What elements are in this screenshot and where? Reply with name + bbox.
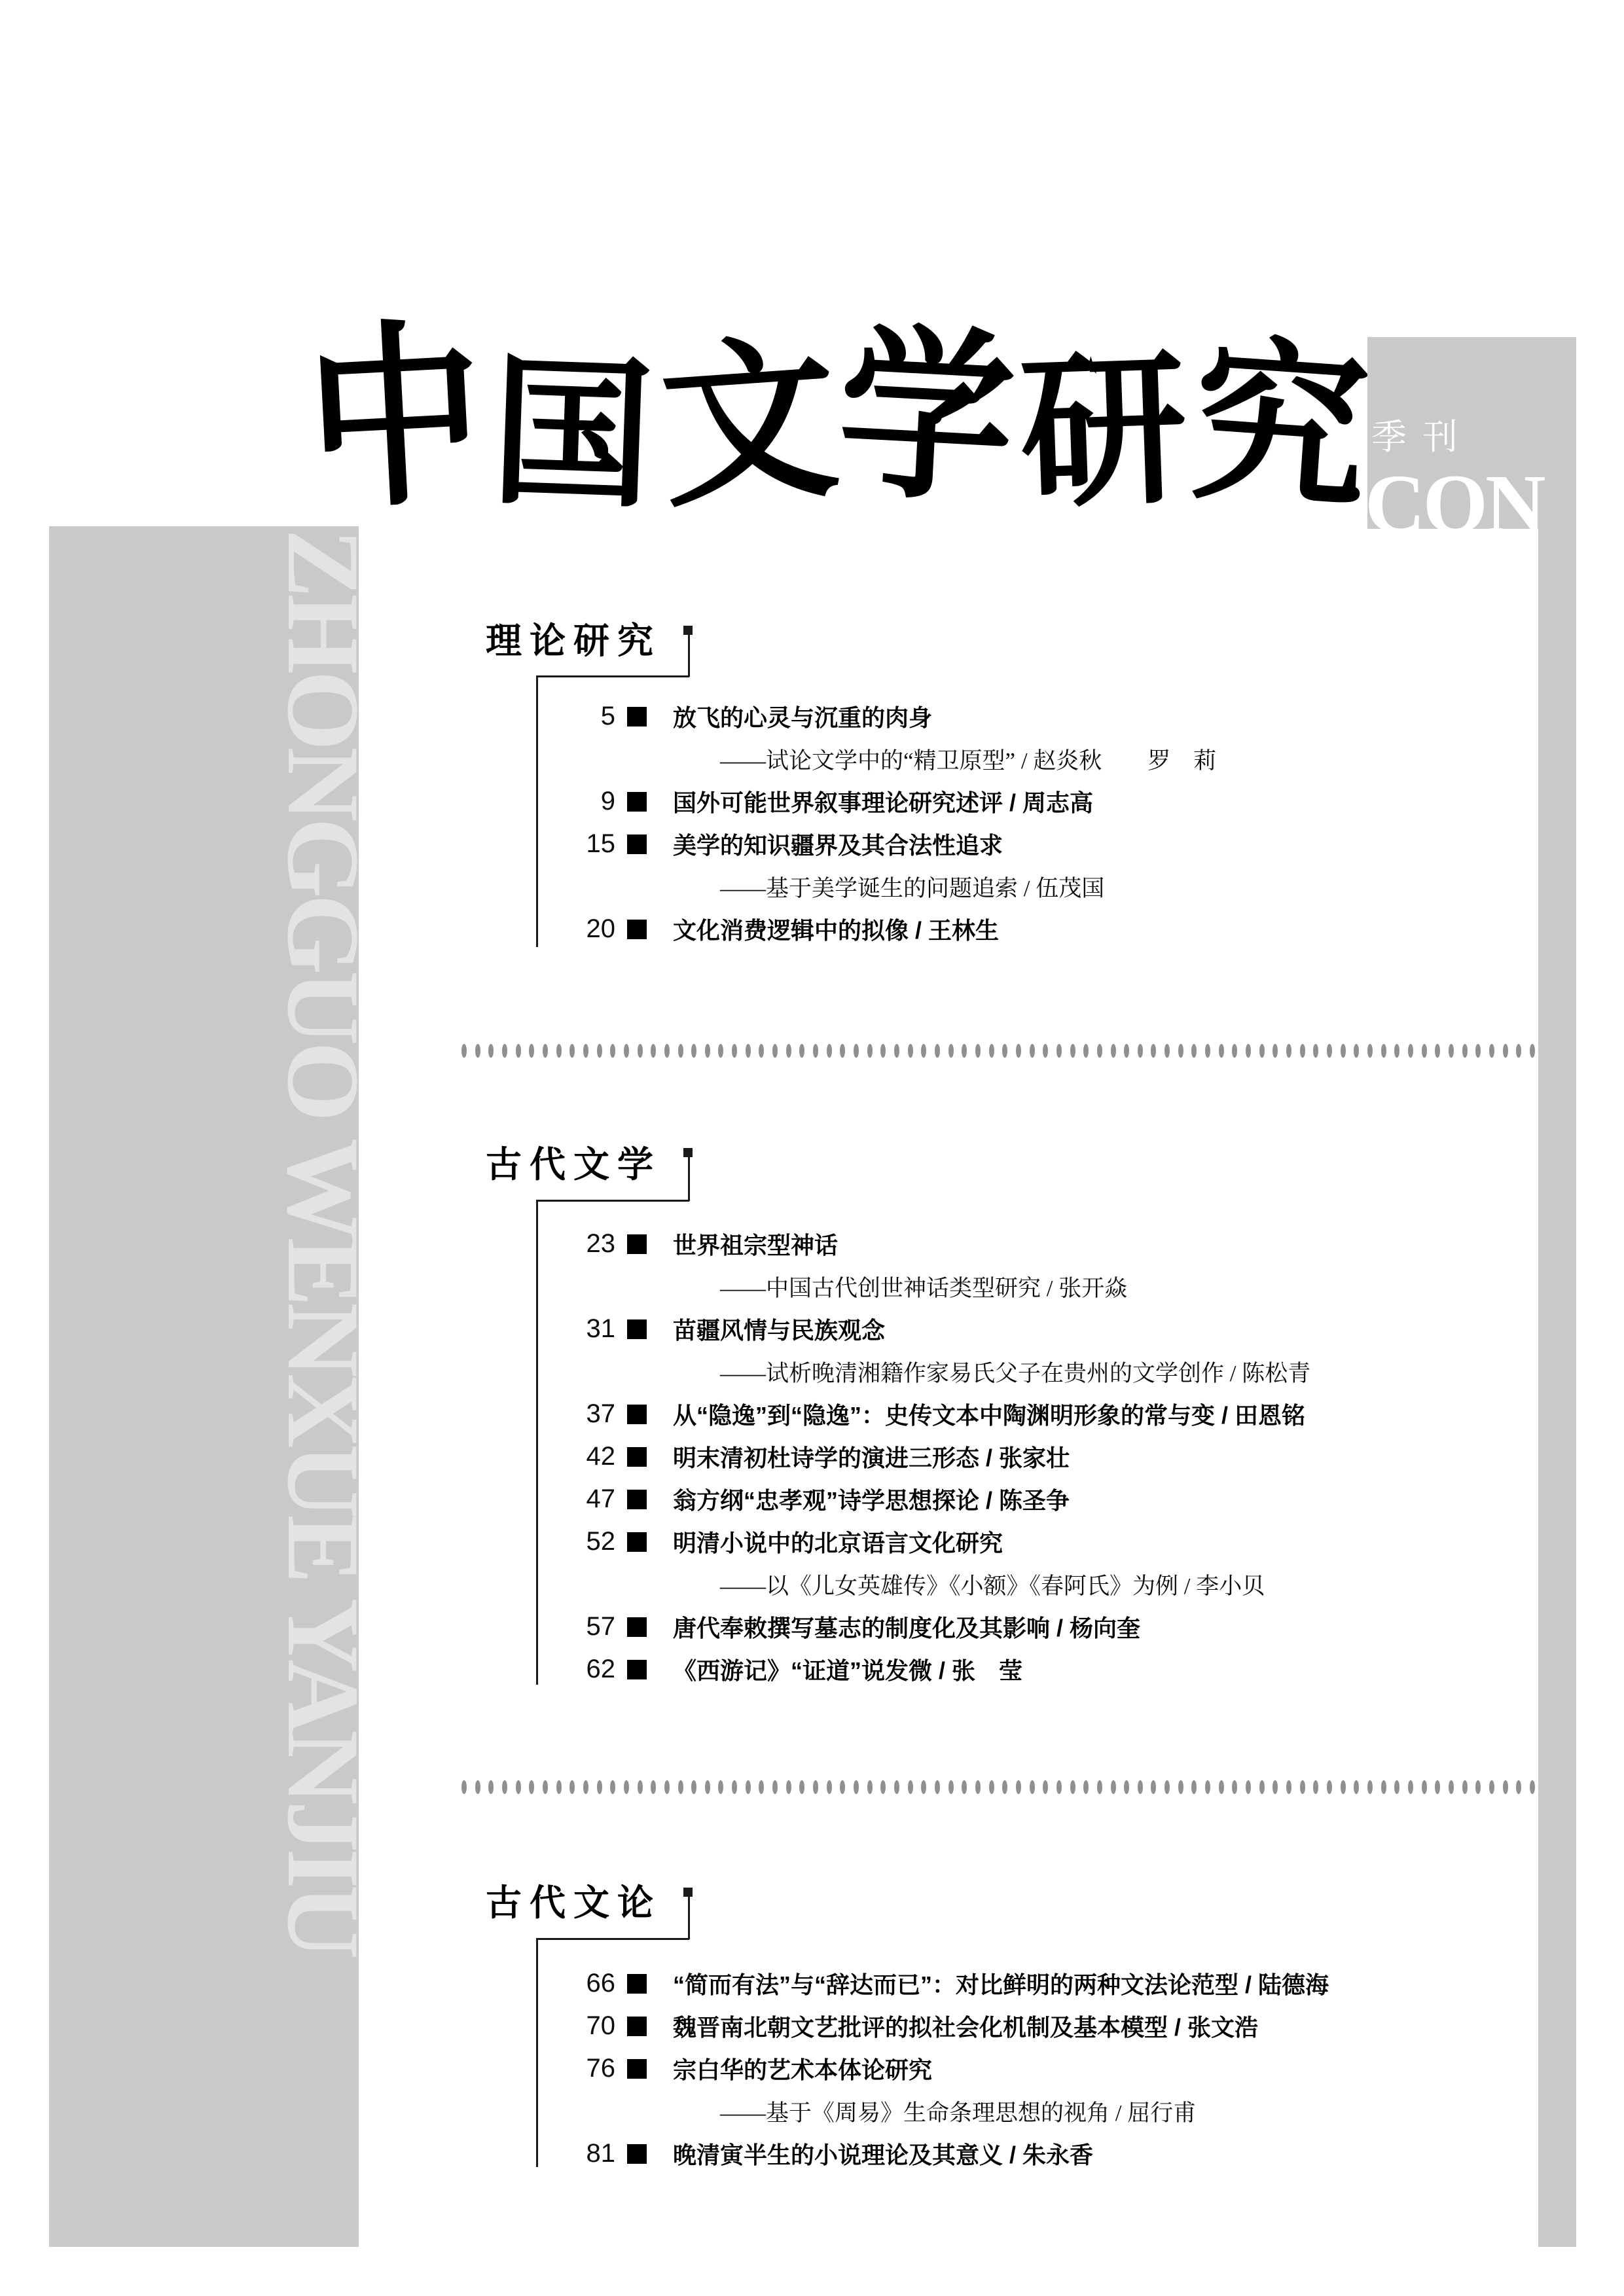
- entry-page-number: 37: [563, 1399, 615, 1429]
- separator-dot: [597, 1044, 602, 1058]
- separator-dot: [664, 1044, 670, 1058]
- right-edge-strip: [1538, 529, 1576, 2247]
- toc-entry-subtitle: ——试论文学中的“精卫原型” / 赵炎秋 罗 莉: [563, 738, 1479, 780]
- entry-square-marker: [627, 792, 647, 812]
- separator-dot: [813, 1780, 818, 1794]
- toc-entry: 62《西游记》“证道”说发微 / 张 莹: [563, 1648, 1479, 1691]
- separator-dot: [1205, 1044, 1210, 1058]
- separator-dot: [1178, 1044, 1183, 1058]
- separator-dot: [1503, 1780, 1508, 1794]
- separator-dot: [691, 1044, 696, 1058]
- title-char: 中: [302, 317, 488, 523]
- entry-title: 苗疆风情与民族观念: [673, 1312, 885, 1346]
- separator-dot: [1030, 1044, 1035, 1058]
- separator-dot: [1394, 1780, 1399, 1794]
- toc-entry: 20文化消费逻辑中的拟像 / 王林生: [563, 908, 1479, 950]
- separator-dot: [583, 1780, 588, 1794]
- separator-dot: [1070, 1780, 1075, 1794]
- separator-dot: [1286, 1044, 1291, 1058]
- entry-square-marker: [627, 834, 647, 854]
- separator-dot: [1489, 1044, 1494, 1058]
- separator-dot: [799, 1780, 804, 1794]
- section-header: 理论研究: [486, 623, 661, 659]
- separator-dot: [1313, 1780, 1318, 1794]
- quarterly-label: 季刊: [1371, 420, 1473, 455]
- separator-dot: [610, 1780, 615, 1794]
- separator-dot: [732, 1044, 737, 1058]
- entry-subtitle-text: ——中国古代创世神话类型研究 / 张开焱: [720, 1270, 1127, 1303]
- separator-dot: [529, 1044, 534, 1058]
- separator-dot: [1286, 1780, 1291, 1794]
- bracket-vertical-line: [536, 675, 538, 947]
- toc-entry-subtitle: ——基于美学诞生的问题追索 / 伍茂国: [563, 865, 1479, 908]
- separator-dot: [1016, 1780, 1021, 1794]
- separator-dot: [854, 1780, 859, 1794]
- separator-dot: [1341, 1044, 1346, 1058]
- bracket-horizontal-line: [537, 1938, 689, 1940]
- separator-dot: [556, 1780, 562, 1794]
- separator-dot: [975, 1780, 981, 1794]
- separator-dot: [624, 1044, 629, 1058]
- separator-dot: [1043, 1044, 1048, 1058]
- separator-dot: [1246, 1044, 1251, 1058]
- separator-dot: [1030, 1780, 1035, 1794]
- toc-entry: 23世界祖宗型神话: [563, 1223, 1479, 1265]
- separator-dot: [1394, 1044, 1399, 1058]
- entry-page-number: 52: [563, 1527, 615, 1556]
- toc-entry: 37从“隐逸”到“隐逸”：史传文本中陶渊明形象的常与变 / 田恩铭: [563, 1393, 1479, 1435]
- toc-entry: 70魏晋南北朝文艺批评的拟社会化机制及基本模型 / 张文浩: [563, 2005, 1479, 2047]
- separator-dot: [691, 1780, 696, 1794]
- entry-page-number: 42: [563, 1442, 615, 1471]
- separator-dot: [1070, 1044, 1075, 1058]
- separator-dot: [746, 1780, 751, 1794]
- separator-dot: [1232, 1780, 1237, 1794]
- separator-dot: [1259, 1780, 1265, 1794]
- entry-square-marker: [627, 920, 647, 939]
- separator-dot: [1367, 1044, 1373, 1058]
- toc-entry: 52明清小说中的北京语言文化研究: [563, 1520, 1479, 1563]
- entry-subtitle-text: ——以《儿女英雄传》《小额》《春阿氏》为例 / 李小贝: [720, 1568, 1265, 1601]
- separator-dot: [1475, 1044, 1481, 1058]
- entry-title: 文化消费逻辑中的拟像 / 王林生: [673, 912, 999, 946]
- separator-dot: [1435, 1044, 1440, 1058]
- entry-page-number: 23: [563, 1229, 615, 1259]
- separator-dot: [705, 1780, 710, 1794]
- separator-dot: [1327, 1044, 1332, 1058]
- entry-square-marker: [627, 1405, 647, 1424]
- separator-dot: [624, 1780, 629, 1794]
- separator-dot: [989, 1780, 994, 1794]
- separator-dot: [908, 1780, 913, 1794]
- separator-dot: [1097, 1780, 1102, 1794]
- separator-dot: [651, 1780, 656, 1794]
- separator-dot: [786, 1044, 791, 1058]
- separator-dot: [1435, 1780, 1440, 1794]
- entry-subtitle-text: ——试论文学中的“精卫原型” / 赵炎秋 罗 莉: [720, 743, 1216, 776]
- entry-page-number: 31: [563, 1314, 615, 1344]
- separator-dot: [1111, 1780, 1116, 1794]
- separator-dot: [516, 1044, 521, 1058]
- entry-page-number: 57: [563, 1612, 615, 1641]
- separator-dot: [1367, 1780, 1373, 1794]
- dotted-separator: [461, 1778, 1535, 1795]
- separator-dot: [759, 1780, 764, 1794]
- section-entries: 23世界祖宗型神话——中国古代创世神话类型研究 / 张开焱31苗疆风情与民族观念…: [563, 1223, 1479, 1691]
- separator-dot: [880, 1044, 886, 1058]
- separator-dot: [867, 1780, 873, 1794]
- separator-dot: [1313, 1044, 1318, 1058]
- entry-page-number: 15: [563, 829, 615, 859]
- entry-square-marker: [627, 1319, 647, 1339]
- bracket-horizontal-line: [537, 1200, 689, 1202]
- separator-dot: [583, 1044, 588, 1058]
- toc-entry: 76宗白华的艺术本体论研究: [563, 2047, 1479, 2090]
- separator-dot: [1111, 1044, 1116, 1058]
- entry-subtitle-text: ——试析晚清湘籍作家易氏父子在贵州的文学创作 / 陈松青: [720, 1355, 1310, 1388]
- separator-dot: [1178, 1780, 1183, 1794]
- entry-subtitle-text: ——基于《周易》生命条理思想的视角 / 屈行甫: [720, 2095, 1196, 2128]
- bracket-tick-square: [683, 1888, 693, 1897]
- bracket-vertical-line: [536, 1200, 538, 1685]
- separator-dot: [1083, 1780, 1089, 1794]
- separator-dot: [1530, 1044, 1535, 1058]
- entry-title: 国外可能世界叙事理论研究述评 / 周志高: [673, 785, 1093, 818]
- separator-dot: [1138, 1780, 1143, 1794]
- separator-dot: [772, 1044, 778, 1058]
- bracket-tick-line: [688, 1157, 690, 1201]
- separator-dot: [1272, 1044, 1278, 1058]
- separator-dot: [502, 1044, 507, 1058]
- separator-dot: [1503, 1044, 1508, 1058]
- separator-dot: [1191, 1044, 1197, 1058]
- separator-dot: [516, 1780, 521, 1794]
- separator-dot: [732, 1780, 737, 1794]
- separator-dot: [1164, 1044, 1170, 1058]
- separator-dot: [1138, 1044, 1143, 1058]
- entry-title: 世界祖宗型神话: [673, 1227, 838, 1261]
- separator-dot: [610, 1044, 615, 1058]
- toc-entry: 15美学的知识疆界及其合法性追求: [563, 823, 1479, 865]
- separator-dot: [1002, 1780, 1007, 1794]
- separator-dot: [638, 1044, 643, 1058]
- entry-square-marker: [627, 1660, 647, 1679]
- separator-dot: [1300, 1044, 1305, 1058]
- title-char: 国: [489, 352, 656, 519]
- toc-entry: 42明末清初杜诗学的演进三形态 / 张家壮: [563, 1435, 1479, 1478]
- separator-dot: [948, 1044, 954, 1058]
- separator-dot: [1205, 1780, 1210, 1794]
- separator-dot: [664, 1780, 670, 1794]
- separator-dot: [502, 1780, 507, 1794]
- separator-dot: [1354, 1780, 1359, 1794]
- separator-dot: [1097, 1044, 1102, 1058]
- entry-square-marker: [627, 707, 647, 726]
- separator-dot: [651, 1044, 656, 1058]
- entry-title: 《西游记》“证道”说发微 / 张 莹: [673, 1653, 1022, 1686]
- bracket-horizontal-line: [537, 675, 689, 677]
- toc-entry: 5放飞的心灵与沉重的肉身: [563, 695, 1479, 738]
- separator-dot: [1449, 1780, 1454, 1794]
- journal-pinyin-vertical: ZHONGGUO WENXUE YANJIU: [281, 529, 359, 2247]
- separator-dot: [772, 1780, 778, 1794]
- separator-dot: [1232, 1044, 1237, 1058]
- separator-dot: [894, 1044, 899, 1058]
- entry-square-marker: [627, 1974, 647, 1994]
- separator-dot: [705, 1044, 710, 1058]
- bracket-vertical-line: [536, 1938, 538, 2167]
- entry-title: “简而有法”与“辞达而已”：对比鲜明的两种文法论范型 / 陆德海: [673, 1967, 1329, 2000]
- toc-entry: 57唐代奉敕撰写墓志的制度化及其影响 / 杨向奎: [563, 1605, 1479, 1648]
- separator-dot: [461, 1044, 467, 1058]
- separator-dot: [1449, 1044, 1454, 1058]
- separator-dot: [813, 1044, 818, 1058]
- separator-dot: [1002, 1044, 1007, 1058]
- bracket-tick-line: [688, 635, 690, 677]
- entry-page-number: 47: [563, 1484, 615, 1514]
- separator-dot: [678, 1044, 683, 1058]
- toc-entry: 9国外可能世界叙事理论研究述评 / 周志高: [563, 780, 1479, 823]
- toc-entry-subtitle: ——试析晚清湘籍作家易氏父子在贵州的文学创作 / 陈松青: [563, 1350, 1479, 1393]
- separator-dot: [1246, 1780, 1251, 1794]
- section-header: 古代文论: [486, 1885, 661, 1921]
- separator-dot: [746, 1044, 751, 1058]
- toc-entry-subtitle: ——基于《周易》生命条理思想的视角 / 屈行甫: [563, 2090, 1479, 2132]
- separator-dot: [718, 1044, 723, 1058]
- separator-dot: [1164, 1780, 1170, 1794]
- separator-dot: [1272, 1780, 1278, 1794]
- separator-dot: [867, 1044, 873, 1058]
- entry-square-marker: [627, 1447, 647, 1467]
- separator-dot: [948, 1780, 954, 1794]
- toc-entry: 66“简而有法”与“辞达而已”：对比鲜明的两种文法论范型 / 陆德海: [563, 1962, 1479, 2005]
- separator-dot: [597, 1780, 602, 1794]
- separator-dot: [1259, 1044, 1265, 1058]
- toc-entry-subtitle: ——以《儿女英雄传》《小额》《春阿氏》为例 / 李小贝: [563, 1563, 1479, 1605]
- separator-dot: [854, 1044, 859, 1058]
- toc-entry-subtitle: ——中国古代创世神话类型研究 / 张开焱: [563, 1265, 1479, 1308]
- entry-square-marker: [627, 1617, 647, 1637]
- separator-dot: [1462, 1780, 1468, 1794]
- separator-dot: [1043, 1780, 1048, 1794]
- toc-entry: 81晚清寅半生的小说理论及其意义 / 朱永香: [563, 2132, 1479, 2175]
- separator-dot: [1408, 1044, 1413, 1058]
- title-char: 文: [656, 332, 843, 519]
- separator-dot: [799, 1044, 804, 1058]
- entry-title: 宗白华的艺术本体论研究: [673, 2052, 932, 2085]
- separator-dot: [1516, 1044, 1521, 1058]
- separator-dot: [475, 1780, 480, 1794]
- separator-dot: [569, 1044, 575, 1058]
- separator-dot: [1489, 1780, 1494, 1794]
- left-sidebar: ZHONGGUO WENXUE YANJIU: [49, 526, 359, 2247]
- section-entries: 66“简而有法”与“辞达而已”：对比鲜明的两种文法论范型 / 陆德海70魏晋南北…: [563, 1962, 1479, 2175]
- separator-dot: [1530, 1780, 1535, 1794]
- separator-dot: [718, 1780, 723, 1794]
- separator-dot: [1408, 1780, 1413, 1794]
- entry-title: 魏晋南北朝文艺批评的拟社会化机制及基本模型 / 张文浩: [673, 2009, 1258, 2043]
- separator-dot: [556, 1044, 562, 1058]
- entry-square-marker: [627, 1532, 647, 1552]
- entry-page-number: 76: [563, 2054, 615, 2083]
- entry-title: 唐代奉敕撰写墓志的制度化及其影响 / 杨向奎: [673, 1610, 1140, 1643]
- toc-entry: 31苗疆风情与民族观念: [563, 1308, 1479, 1350]
- entry-square-marker: [627, 2059, 647, 2079]
- separator-dot: [935, 1780, 940, 1794]
- separator-dot: [1219, 1044, 1224, 1058]
- separator-dot: [759, 1044, 764, 1058]
- separator-dot: [1124, 1780, 1129, 1794]
- separator-dot: [786, 1780, 791, 1794]
- entry-page-number: 20: [563, 914, 615, 944]
- entry-title: 放飞的心灵与沉重的肉身: [673, 700, 932, 733]
- separator-dot: [1422, 1780, 1427, 1794]
- toc-entry: 47翁方纲“忠孝观”诗学思想探论 / 陈圣争: [563, 1478, 1479, 1520]
- separator-dot: [1300, 1780, 1305, 1794]
- entry-square-marker: [627, 2144, 647, 2164]
- separator-dot: [1341, 1780, 1346, 1794]
- entry-title: 明末清初杜诗学的演进三形态 / 张家壮: [673, 1440, 1070, 1473]
- separator-dot: [543, 1780, 548, 1794]
- separator-dot: [975, 1044, 981, 1058]
- separator-dot: [488, 1780, 494, 1794]
- entry-title: 美学的知识疆界及其合法性追求: [673, 827, 1003, 861]
- entry-page-number: 5: [563, 702, 615, 731]
- entry-page-number: 9: [563, 787, 615, 816]
- separator-dot: [1016, 1044, 1021, 1058]
- dotted-separator: [461, 1042, 1535, 1059]
- separator-dot: [1151, 1780, 1156, 1794]
- journal-title-calligraphy: 中 国 文 学 研 究: [308, 326, 1368, 548]
- separator-dot: [908, 1044, 913, 1058]
- contents-box: 季刊 CON: [1367, 337, 1576, 529]
- separator-dot: [989, 1044, 994, 1058]
- entry-square-marker: [627, 1490, 647, 1509]
- separator-dot: [894, 1780, 899, 1794]
- entry-page-number: 70: [563, 2011, 615, 2041]
- separator-dot: [1516, 1780, 1521, 1794]
- separator-dot: [827, 1780, 832, 1794]
- contents-label: CON: [1365, 462, 1543, 546]
- separator-dot: [1056, 1780, 1062, 1794]
- separator-dot: [962, 1044, 967, 1058]
- separator-dot: [569, 1780, 575, 1794]
- title-char: 学: [834, 322, 1019, 515]
- entry-page-number: 62: [563, 1655, 615, 1684]
- separator-dot: [1083, 1044, 1089, 1058]
- entry-title: 翁方纲“忠孝观”诗学思想探论 / 陈圣争: [673, 1482, 1070, 1516]
- entry-square-marker: [627, 1234, 647, 1254]
- separator-dot: [529, 1780, 534, 1794]
- entry-title: 从“隐逸”到“隐逸”：史传文本中陶渊明形象的常与变 / 田恩铭: [673, 1397, 1305, 1431]
- bracket-tick-square: [683, 1148, 693, 1157]
- title-char: 究: [1187, 334, 1374, 522]
- separator-dot: [1462, 1044, 1468, 1058]
- separator-dot: [921, 1780, 926, 1794]
- separator-dot: [638, 1780, 643, 1794]
- separator-dot: [475, 1044, 480, 1058]
- separator-dot: [1354, 1044, 1359, 1058]
- section-header: 古代文学: [486, 1147, 661, 1183]
- separator-dot: [1422, 1044, 1427, 1058]
- separator-dot: [921, 1044, 926, 1058]
- separator-dot: [678, 1780, 683, 1794]
- separator-dot: [1327, 1780, 1332, 1794]
- separator-dot: [543, 1044, 548, 1058]
- separator-dot: [827, 1044, 832, 1058]
- separator-dot: [1056, 1044, 1062, 1058]
- entry-square-marker: [627, 2017, 647, 2036]
- separator-dot: [935, 1044, 940, 1058]
- separator-dot: [461, 1780, 467, 1794]
- separator-dot: [1124, 1044, 1129, 1058]
- entry-title: 晚清寅半生的小说理论及其意义 / 朱永香: [673, 2137, 1093, 2170]
- separator-dot: [1381, 1780, 1386, 1794]
- journal-toc-page: 中 国 文 学 研 究 季刊 CON ZHONGGUO WENXUE YANJI…: [0, 0, 1624, 2296]
- separator-dot: [1151, 1044, 1156, 1058]
- title-char: 研: [1017, 347, 1189, 519]
- separator-dot: [880, 1780, 886, 1794]
- entry-subtitle-text: ——基于美学诞生的问题追索 / 伍茂国: [720, 870, 1104, 903]
- separator-dot: [488, 1044, 494, 1058]
- entry-page-number: 81: [563, 2139, 615, 2168]
- entry-page-number: 66: [563, 1969, 615, 1998]
- separator-dot: [1219, 1780, 1224, 1794]
- section-entries: 5放飞的心灵与沉重的肉身——试论文学中的“精卫原型” / 赵炎秋 罗 莉9国外可…: [563, 695, 1479, 950]
- entry-title: 明清小说中的北京语言文化研究: [673, 1525, 1003, 1558]
- separator-dot: [1475, 1780, 1481, 1794]
- separator-dot: [840, 1044, 845, 1058]
- separator-dot: [1191, 1780, 1197, 1794]
- separator-dot: [840, 1780, 845, 1794]
- separator-dot: [1381, 1044, 1386, 1058]
- separator-dot: [962, 1780, 967, 1794]
- bracket-tick-line: [688, 1897, 690, 1939]
- bracket-tick-square: [683, 626, 693, 635]
